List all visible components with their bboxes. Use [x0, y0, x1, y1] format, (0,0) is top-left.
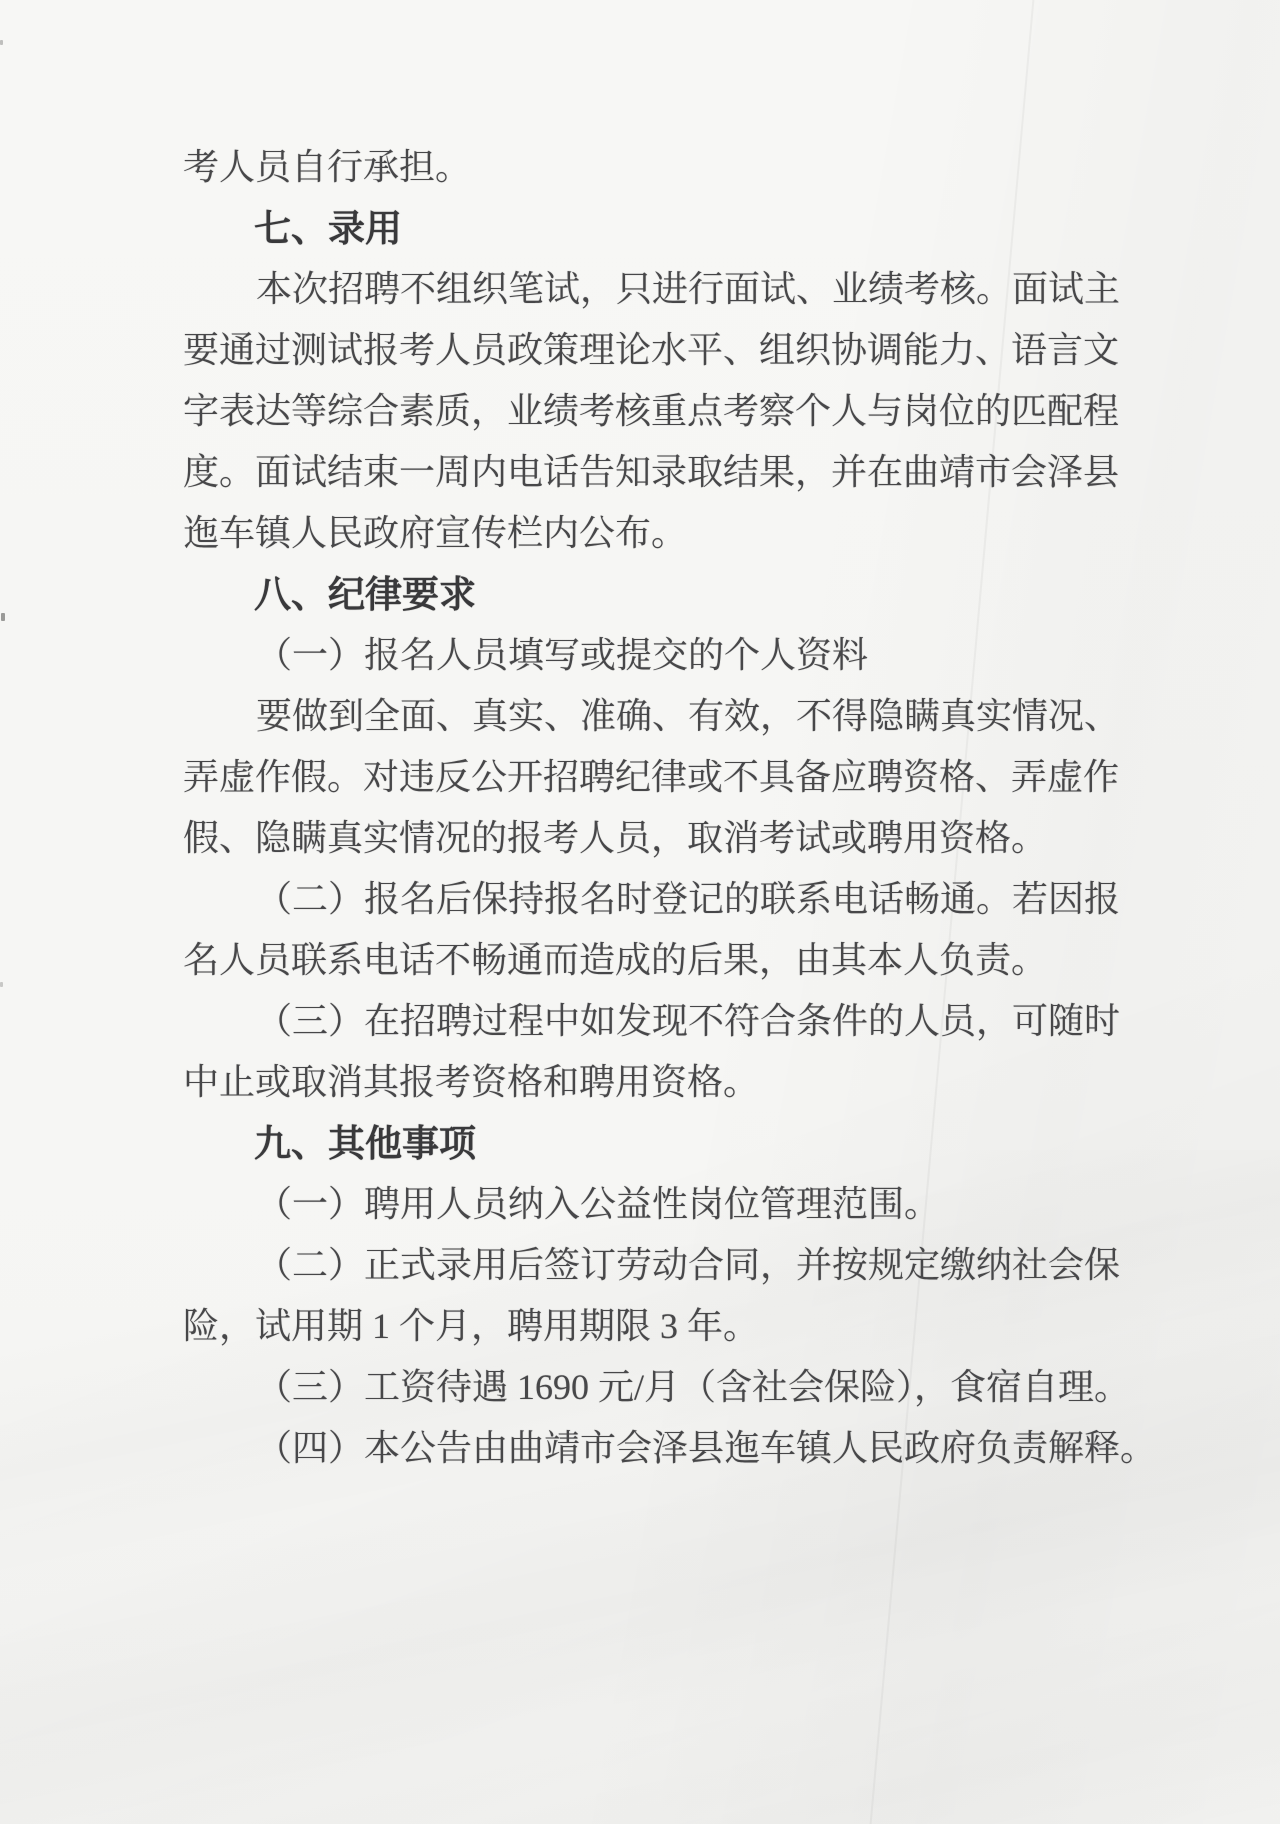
document-line: 度。面试结束一周内电话告知录取结果，并在曲靖市会泽县	[183, 442, 1193, 503]
document-line: 中止或取消其报考资格和聘用资格。	[183, 1052, 1193, 1113]
document-line: 迤车镇人民政府宣传栏内公布。	[183, 503, 1193, 564]
document-line: （一）报名人员填写或提交的个人资料	[183, 625, 1193, 686]
document-line: （二）报名后保持报名时登记的联系电话畅通。若因报	[183, 869, 1193, 930]
document-line: 名人员联系电话不畅通而造成的后果，由其本人负责。	[183, 930, 1193, 991]
document-line: 考人员自行承担。	[183, 137, 1193, 198]
scan-speck	[0, 40, 3, 45]
document-line: 要通过测试报考人员政策理论水平、组织协调能力、语言文	[183, 320, 1193, 381]
document-line: （一）聘用人员纳入公益性岗位管理范围。	[183, 1174, 1193, 1235]
document-line: 假、隐瞒真实情况的报考人员，取消考试或聘用资格。	[183, 808, 1193, 869]
document-line: （二）正式录用后签订劳动合同，并按规定缴纳社会保	[183, 1235, 1193, 1296]
document-line: （四）本公告由曲靖市会泽县迤车镇人民政府负责解释。	[183, 1418, 1193, 1479]
document-line: 险，试用期 1 个月，聘用期限 3 年。	[183, 1296, 1193, 1357]
document-line: （三）工资待遇 1690 元/月（含社会保险），食宿自理。	[183, 1357, 1193, 1418]
scan-speck	[0, 982, 3, 987]
section-heading: 八、纪律要求	[183, 564, 1193, 625]
scan-speck	[1, 613, 5, 621]
document-line: 弄虚作假。对违反公开招聘纪律或不具备应聘资格、弄虚作	[183, 747, 1193, 808]
document-line: 字表达等综合素质，业绩考核重点考察个人与岗位的匹配程	[183, 381, 1193, 442]
document-line: 本次招聘不组织笔试，只进行面试、业绩考核。面试主	[183, 259, 1193, 320]
section-heading: 七、录用	[183, 198, 1193, 259]
document-line: 要做到全面、真实、准确、有效，不得隐瞒真实情况、	[183, 686, 1193, 747]
document-body: 考人员自行承担。七、录用本次招聘不组织笔试，只进行面试、业绩考核。面试主要通过测…	[183, 137, 1193, 1479]
scanned-document-page: { "page": { "background": "#f6f6f4", "te…	[0, 0, 1280, 1824]
section-heading: 九、其他事项	[183, 1113, 1193, 1174]
document-line: （三）在招聘过程中如发现不符合条件的人员，可随时	[183, 991, 1193, 1052]
